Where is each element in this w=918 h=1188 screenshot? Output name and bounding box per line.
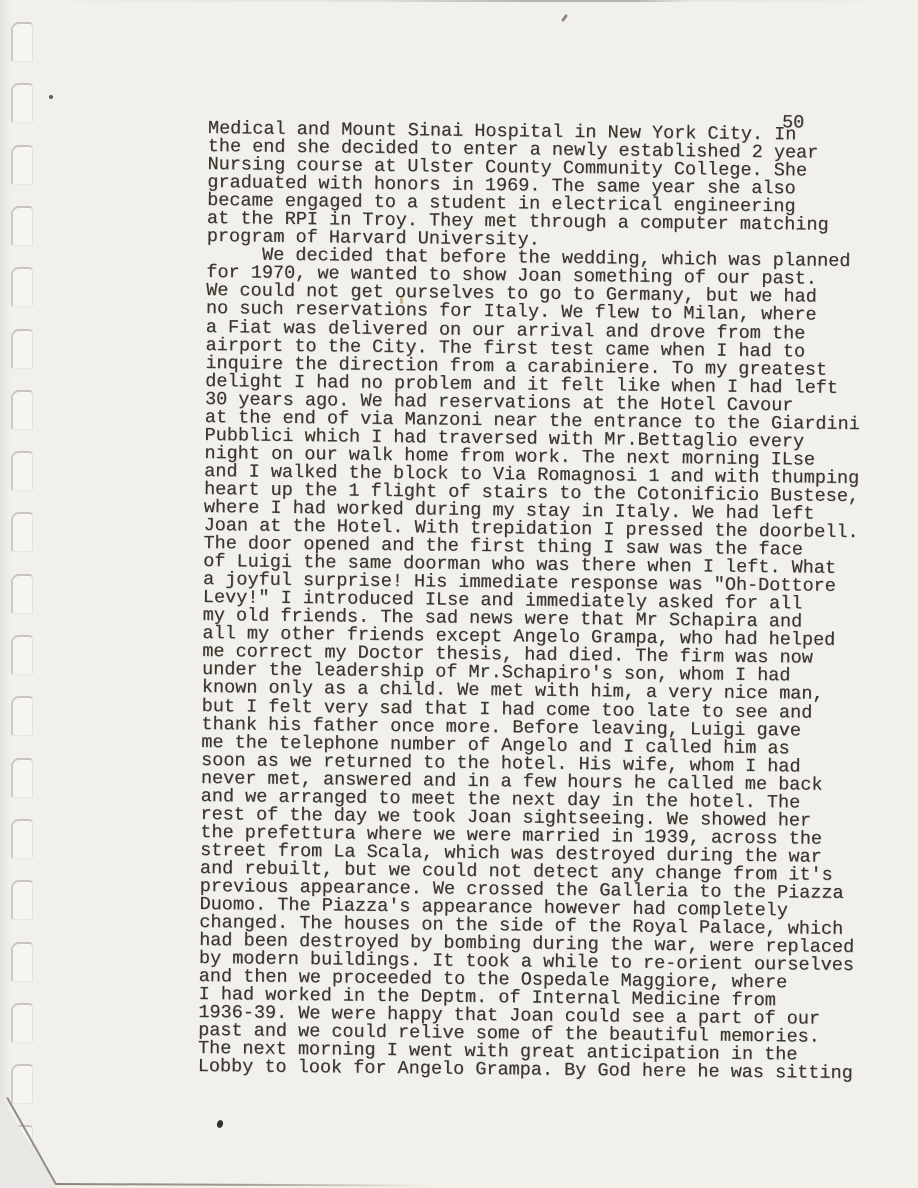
binding-slot [11, 329, 33, 369]
binding-slot [11, 145, 33, 185]
binding-slot [11, 22, 33, 62]
binding-slot [11, 574, 33, 614]
binding-slot [11, 512, 33, 552]
body-text: Medical and Mount Sinai Hospital in New … [198, 120, 898, 1084]
binding-slot [11, 1064, 33, 1104]
scan-speck-left [49, 95, 53, 99]
binding-slot [11, 390, 33, 430]
binding-slot [11, 758, 33, 798]
scan-speck-tan [400, 297, 403, 304]
scan-speck-top [561, 14, 568, 22]
binding-slot [11, 451, 33, 491]
page-number: 50 [782, 112, 804, 133]
binding-slot [11, 635, 33, 675]
binding-strip [0, 0, 40, 1188]
scan-top-edge [0, 0, 918, 2]
binding-slot [11, 880, 33, 920]
scanned-page: 50 Medical and Mount Sinai Hospital in N… [0, 0, 918, 1188]
binding-slot [11, 696, 33, 736]
binding-slot [11, 267, 33, 307]
binding-slot [11, 942, 33, 982]
ink-dot-speck [216, 1119, 224, 1128]
text-block: 50 Medical and Mount Sinai Hospital in N… [198, 120, 898, 1084]
binding-slot [11, 819, 33, 859]
binding-slot [11, 1003, 33, 1043]
page-bottom-edge-line [56, 1183, 432, 1187]
binding-slot [11, 206, 33, 246]
binding-slot [11, 83, 33, 123]
